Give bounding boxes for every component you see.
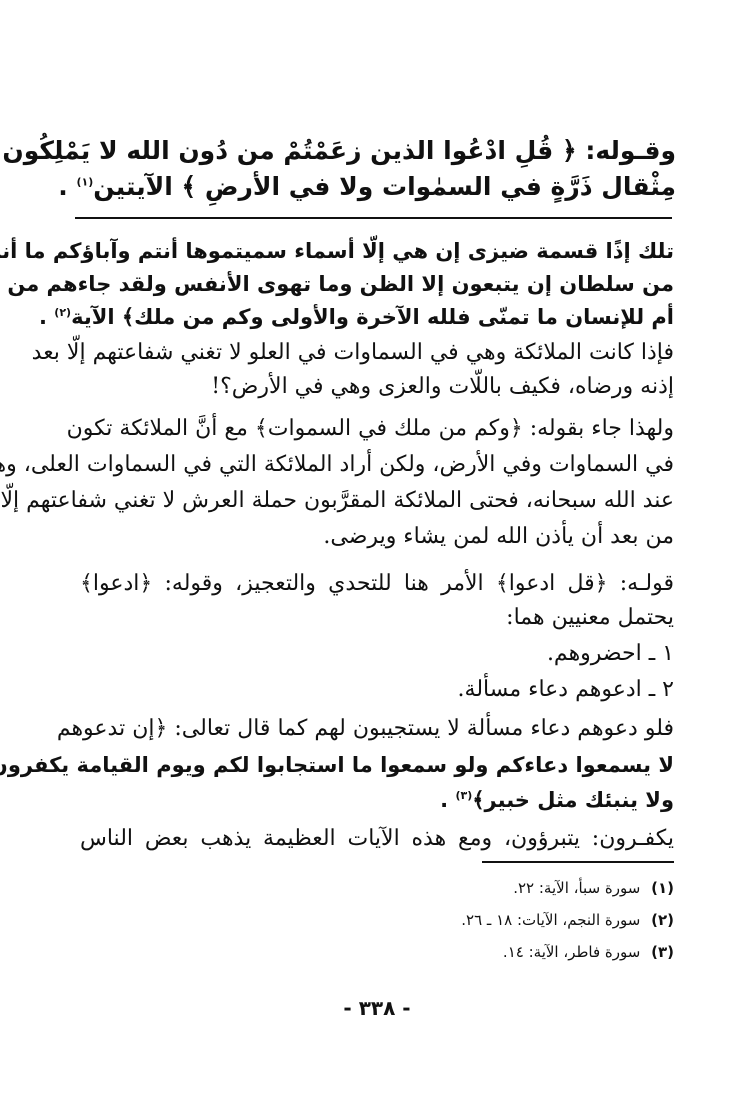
footnote-1-number: (١) <box>651 879 674 897</box>
quote-line-3-text: أم للإنسان ما تمنّى فلله الآخرة والأولى … <box>71 305 674 329</box>
list-item-1: ١ ـ احضروهم. <box>547 637 674 671</box>
quote-line-1: تلك إذًا قسمة ضيزى إن هي إلّا أسماء سميت… <box>80 234 674 268</box>
footnote-2: (٢) سورة النجم، الآيات: ١٨ ـ ٢٦. <box>461 906 674 934</box>
quote-line-3: أم للإنسان ما تمنّى فلله الآخرة والأولى … <box>39 300 674 334</box>
footnote-2-number: (٢) <box>651 911 674 929</box>
paragraph-4-line-3-end: . <box>440 788 448 812</box>
paragraph-5-line-1: يكفـرون: يتبرؤون، ومع هذه الآيات العظيمة… <box>80 822 674 856</box>
footnote-3-text: سورة فاطر، الآية: ١٤. <box>503 943 640 961</box>
footnote-separator-rule <box>482 861 674 863</box>
paragraph-2-line-1: ولهذا جاء بقوله: ﴿وكم من ملك في السموات﴾… <box>80 412 674 446</box>
paragraph-4-line-2: لا يسمعوا دعاءكم ولو سمعوا ما استجابوا ل… <box>80 748 674 782</box>
quote-line-2: من سلطان إن يتبعون إلا الظن وما تهوى الأ… <box>80 267 674 301</box>
footnote-ref-3[interactable]: (٣) <box>455 789 472 802</box>
paragraph-1-line-2: إذنه ورضاه، فكيف باللّات والعزى وهي في ا… <box>211 370 674 404</box>
footnote-2-text: سورة النجم، الآيات: ١٨ ـ ٢٦. <box>461 911 640 929</box>
heading-line-2: مِثْقال ذَرَّةٍ في السمٰوات ولا في الأرض… <box>78 170 676 204</box>
paragraph-4-line-1: فلو دعوهم دعاء مسألة لا يستجيبون لهم كما… <box>80 712 674 746</box>
paragraph-4-line-3-text: ولا ينبئك مثل خبير﴾ <box>472 788 674 812</box>
footnote-ref-1[interactable]: (١) <box>77 176 94 189</box>
book-page: وقـوله: ﴿ قُلِ ادْعُوا الذين زعَمْتُمْ م… <box>0 0 754 1106</box>
paragraph-1-line-1: فإذا كانت الملائكة وهي في السماوات في ال… <box>80 336 674 370</box>
quote-line-3-end: . <box>39 305 47 329</box>
heading-line-2-end: . <box>58 172 68 201</box>
footnote-3: (٣) سورة فاطر، الآية: ١٤. <box>503 938 674 966</box>
paragraph-4-line-3: ولا ينبئك مثل خبير﴾(٣) . <box>440 783 674 817</box>
heading-separator-rule <box>75 217 672 219</box>
paragraph-2-line-3: عند الله سبحانه، فحتى الملائكة المقرَّبو… <box>80 484 674 518</box>
paragraph-2-line-2: في السماوات وفي الأرض، ولكن أراد الملائك… <box>80 448 674 482</box>
paragraph-3-line-1: قولـه: ﴿قل ادعوا﴾ الأمر هنا للتحدي والتع… <box>80 567 674 601</box>
page-number: - ٣٣٨ - <box>0 996 754 1020</box>
footnote-3-number: (٣) <box>651 943 674 961</box>
footnote-ref-2[interactable]: (٢) <box>54 306 71 319</box>
footnote-1: (١) سورة سبأ، الآية: ٢٢. <box>513 874 674 902</box>
paragraph-2-line-4: من بعد أن يأذن الله لمن يشاء ويرضى. <box>323 520 674 554</box>
heading-line-2-text: مِثْقال ذَرَّةٍ في السمٰوات ولا في الأرض… <box>93 172 676 201</box>
list-item-2: ٢ ـ ادعوهم دعاء مسألة. <box>458 673 674 707</box>
paragraph-3-line-2: يحتمل معنيين هما: <box>506 601 674 635</box>
footnote-1-text: سورة سبأ، الآية: ٢٢. <box>513 879 640 897</box>
heading-line-1: وقـوله: ﴿ قُلِ ادْعُوا الذين زعَمْتُمْ م… <box>78 134 676 168</box>
